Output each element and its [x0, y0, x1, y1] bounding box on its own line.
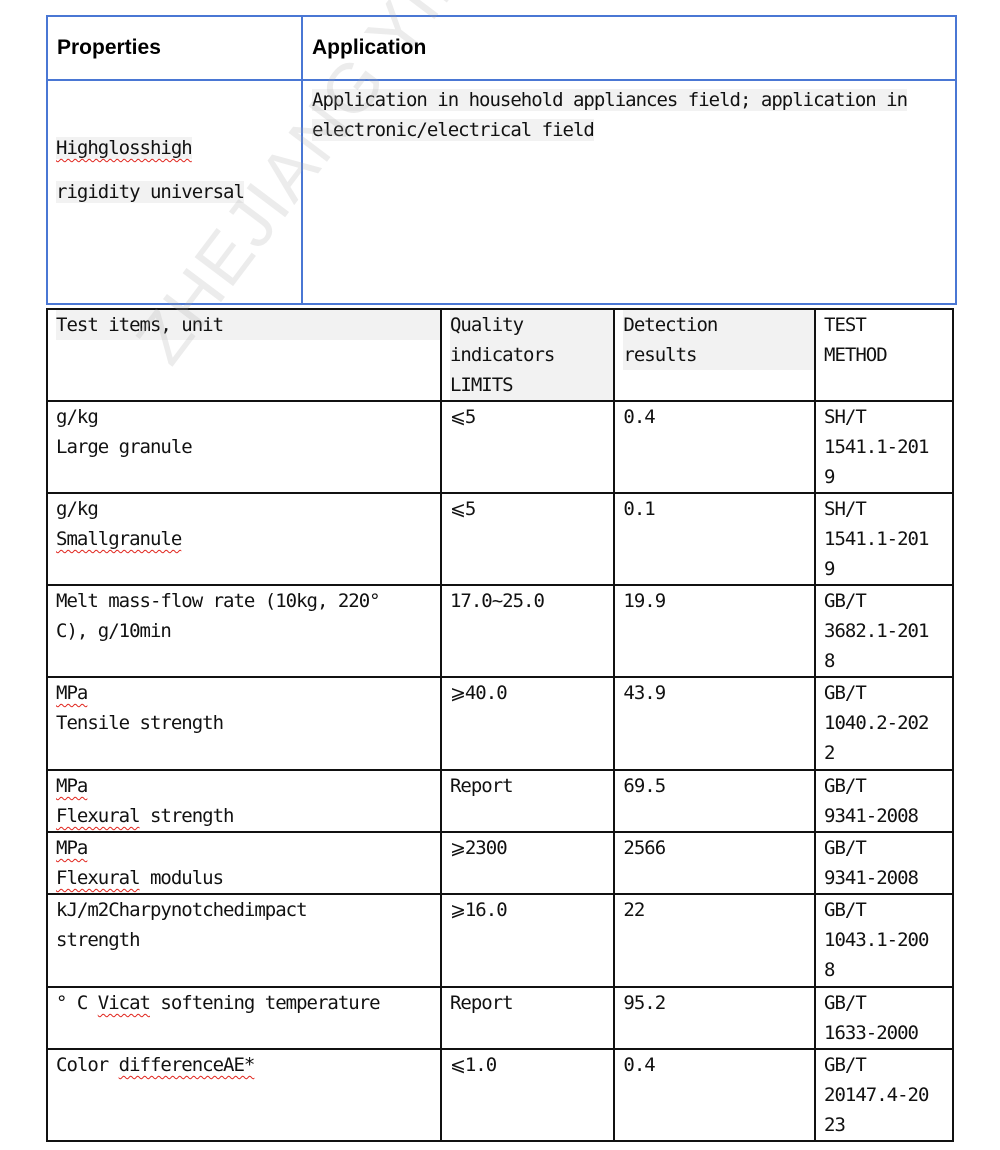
- spellcheck-word: Vicat: [98, 992, 150, 1014]
- cell-line: GB/T: [824, 771, 952, 801]
- detection-result-cell: 19.9: [614, 585, 815, 677]
- cell-line: Melt mass-flow rate (10kg, 220°: [56, 586, 440, 616]
- properties-header: Properties: [47, 16, 302, 80]
- cell-line: GB/T: [824, 1050, 952, 1080]
- cell-line: Test items, unit: [56, 310, 440, 340]
- test-item-cell: MPaTensile strength: [47, 677, 441, 770]
- properties-header-row: Properties Application: [47, 16, 956, 80]
- cell-line: 9: [824, 462, 952, 492]
- cell-line: Color differenceAE*: [56, 1050, 440, 1080]
- detection-result-cell: 22: [614, 894, 815, 987]
- quality-limit-cell: ⩾16.0: [441, 894, 614, 987]
- detection-result-cell: 0.4: [614, 1049, 815, 1141]
- spellcheck-word: MPa: [56, 682, 87, 704]
- cell-line: 1633-2000: [824, 1018, 952, 1048]
- test-item-cell: g/kgLarge granule: [47, 401, 441, 493]
- cell-line: LIMITS: [450, 370, 613, 400]
- quality-limits-header: QualityindicatorsLIMITS: [441, 309, 614, 401]
- cell-line: 9: [824, 554, 952, 584]
- test-item-cell: g/kgSmallgranule: [47, 493, 441, 585]
- test-method-cell: GB/T3682.1-2018: [815, 585, 953, 677]
- quality-limit-cell: ⩽1.0: [441, 1049, 614, 1141]
- test-item-cell: kJ/m2Charpynotchedimpactstrength: [47, 894, 441, 987]
- test-results-table: Test items, unitQualityindicatorsLIMITSD…: [46, 308, 954, 1142]
- detection-results-header: Detectionresults: [614, 309, 815, 401]
- table-row: MPaTensile strength⩾40.043.9GB/T1040.2-2…: [47, 677, 953, 770]
- table-row: MPaFlexural strengthReport69.5GB/T9341-2…: [47, 770, 953, 832]
- cell-line: Detection: [623, 310, 814, 340]
- cell-line: Tensile strength: [56, 708, 440, 738]
- cell-line: Flexural strength: [56, 801, 440, 831]
- detection-result-cell: 2566: [614, 832, 815, 894]
- application-cell: Application in household appliances fiel…: [302, 80, 956, 304]
- table-row: Color differenceAE*⩽1.00.4GB/T20147.4-20…: [47, 1049, 953, 1141]
- cell-line: Quality: [450, 310, 613, 340]
- cell-line: MPa: [56, 678, 440, 708]
- cell-line: GB/T: [824, 895, 952, 925]
- cell-line: strength: [56, 925, 440, 955]
- cell-line: 1040.2-202: [824, 708, 952, 738]
- test-method-cell: SH/T1541.1-2019: [815, 493, 953, 585]
- cell-line: METHOD: [824, 340, 952, 370]
- cell-line: SH/T: [824, 494, 952, 524]
- cell-line: GB/T: [824, 586, 952, 616]
- cell-line: 8: [824, 646, 952, 676]
- cell-line: 1541.1-201: [824, 524, 952, 554]
- test-items-header: Test items, unit: [47, 309, 441, 401]
- quality-limit-cell: ⩽5: [441, 401, 614, 493]
- test-header-row: Test items, unitQualityindicatorsLIMITSD…: [47, 309, 953, 401]
- cell-line: indicators: [450, 340, 613, 370]
- cell-line: GB/T: [824, 833, 952, 863]
- spellcheck-word: MPa: [56, 837, 87, 859]
- test-item-cell: ° C Vicat softening temperature: [47, 987, 441, 1049]
- cell-line: GB/T: [824, 678, 952, 708]
- quality-limit-cell: ⩽5: [441, 493, 614, 585]
- cell-line: 1043.1-200: [824, 925, 952, 955]
- test-method-header: TESTMETHOD: [815, 309, 953, 401]
- detection-result-cell: 0.4: [614, 401, 815, 493]
- cell-line: g/kg: [56, 402, 440, 432]
- cell-line: ° C Vicat softening temperature: [56, 988, 440, 1018]
- test-method-cell: GB/T9341-2008: [815, 832, 953, 894]
- test-item-cell: MPaFlexural modulus: [47, 832, 441, 894]
- test-method-cell: SH/T1541.1-2019: [815, 401, 953, 493]
- quality-limit-cell: ⩾2300: [441, 832, 614, 894]
- cell-line: 2: [824, 738, 952, 768]
- quality-limit-cell: Report: [441, 987, 614, 1049]
- properties-line: Highglosshigh: [56, 137, 192, 159]
- cell-line: 23: [824, 1110, 952, 1140]
- table-row: ° C Vicat softening temperatureReport95.…: [47, 987, 953, 1049]
- test-item-cell: MPaFlexural strength: [47, 770, 441, 832]
- properties-cell: Highglosshigh rigidity universal: [47, 80, 302, 304]
- test-method-cell: GB/T1633-2000: [815, 987, 953, 1049]
- test-item-cell: Color differenceAE*: [47, 1049, 441, 1141]
- cell-line: TEST: [824, 310, 952, 340]
- detection-result-cell: 95.2: [614, 987, 815, 1049]
- properties-row: Highglosshigh rigidity universal Applica…: [47, 80, 956, 304]
- spellcheck-word: Flexural: [56, 805, 140, 827]
- spellcheck-word: differenceAE*: [119, 1054, 255, 1076]
- cell-line: Large granule: [56, 432, 440, 462]
- quality-limit-cell: 17.0~25.0: [441, 585, 614, 677]
- table-row: g/kgSmallgranule⩽50.1SH/T1541.1-2019: [47, 493, 953, 585]
- cell-line: Flexural modulus: [56, 863, 440, 893]
- application-text: Application in household appliances fiel…: [312, 89, 907, 141]
- table-row: kJ/m2Charpynotchedimpactstrength⩾16.022G…: [47, 894, 953, 987]
- cell-line: results: [623, 340, 814, 370]
- detection-result-cell: 0.1: [614, 493, 815, 585]
- cell-line: 8: [824, 955, 952, 985]
- detection-result-cell: 43.9: [614, 677, 815, 770]
- table-row: MPaFlexural modulus⩾23002566GB/T9341-200…: [47, 832, 953, 894]
- cell-line: C), g/10min: [56, 616, 440, 646]
- cell-line: GB/T: [824, 988, 952, 1018]
- test-method-cell: GB/T9341-2008: [815, 770, 953, 832]
- application-header: Application: [302, 16, 956, 80]
- quality-limit-cell: Report: [441, 770, 614, 832]
- cell-line: MPa: [56, 771, 440, 801]
- cell-line: 9341-2008: [824, 863, 952, 893]
- table-row: g/kgLarge granule⩽50.4SH/T1541.1-2019: [47, 401, 953, 493]
- cell-line: 20147.4-20: [824, 1080, 952, 1110]
- cell-line: MPa: [56, 833, 440, 863]
- spellcheck-word: MPa: [56, 775, 87, 797]
- cell-line: kJ/m2Charpynotchedimpact: [56, 895, 440, 925]
- test-method-cell: GB/T1043.1-2008: [815, 894, 953, 987]
- test-method-cell: GB/T20147.4-2023: [815, 1049, 953, 1141]
- cell-line: SH/T: [824, 402, 952, 432]
- cell-line: Smallgranule: [56, 524, 440, 554]
- properties-table: Properties Application Highglosshigh rig…: [46, 15, 957, 305]
- test-method-cell: GB/T1040.2-2022: [815, 677, 953, 770]
- cell-line: 9341-2008: [824, 801, 952, 831]
- cell-line: 3682.1-201: [824, 616, 952, 646]
- quality-limit-cell: ⩾40.0: [441, 677, 614, 770]
- cell-line: 1541.1-201: [824, 432, 952, 462]
- test-item-cell: Melt mass-flow rate (10kg, 220°C), g/10m…: [47, 585, 441, 677]
- table-row: Melt mass-flow rate (10kg, 220°C), g/10m…: [47, 585, 953, 677]
- properties-line: rigidity universal: [56, 181, 244, 203]
- spellcheck-word: Flexural: [56, 867, 140, 889]
- spellcheck-word: Smallgranule: [56, 528, 181, 550]
- detection-result-cell: 69.5: [614, 770, 815, 832]
- cell-line: g/kg: [56, 494, 440, 524]
